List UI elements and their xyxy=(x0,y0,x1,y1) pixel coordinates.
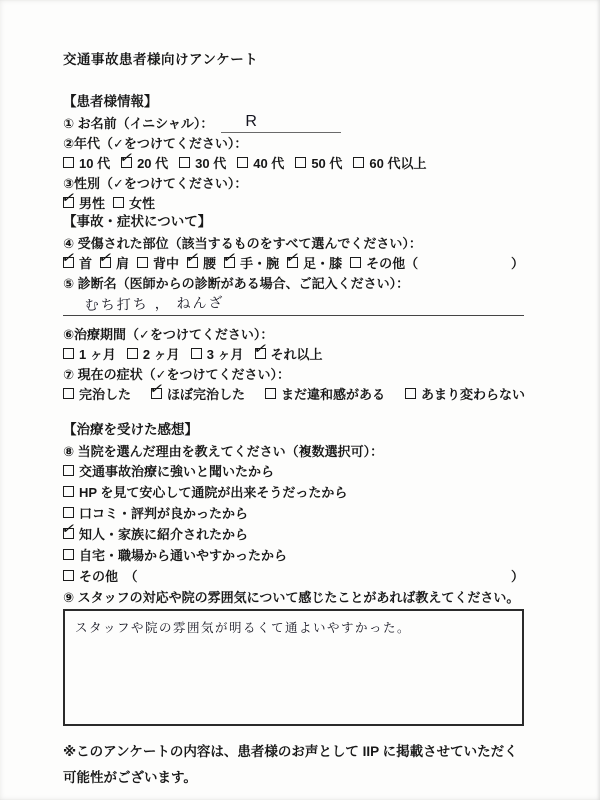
scanned-survey-page: 交通事故患者様向けアンケート 【患者様情報】 ① お名前（イニシャル）： R ②… xyxy=(0,0,600,800)
name-label: ① お名前（イニシャル）： xyxy=(63,113,213,132)
option-label: 30 代 xyxy=(195,153,226,172)
reason-option-row: 自宅・職場から通いやすかったから xyxy=(63,544,524,565)
checkbox-option[interactable]: 背中 xyxy=(137,253,179,272)
checkbox-icon[interactable] xyxy=(63,528,74,539)
reason-option-row: 交通事故治療に強いと聞いたから xyxy=(63,460,524,481)
checkbox-option[interactable]: 足・膝 xyxy=(287,253,342,272)
option-label: 自宅・職場から通いやすかったから xyxy=(79,545,287,564)
section-header-patient-info: 【患者様情報】 xyxy=(63,92,524,112)
checkbox-option[interactable]: あまり変わらない xyxy=(405,384,525,403)
option-label: 腰 xyxy=(203,253,216,272)
gender-options: 男性 女性 xyxy=(63,192,524,212)
option-label: 完治した xyxy=(79,384,131,403)
section-header-impressions: 【治療を受けた感想】 xyxy=(63,420,524,440)
handwritten-comment: スタッフや院の雰囲気が明るくて通よいやすかった。 xyxy=(75,621,411,635)
treatment-period-label: ⑥治療期間（✓をつけてください）： xyxy=(63,324,273,343)
checkbox-icon[interactable] xyxy=(63,157,74,168)
option-label: 女性 xyxy=(129,193,155,212)
handwritten-diagnosis: むち打ち ， ねんざ xyxy=(85,292,225,315)
checkbox-option[interactable]: 自宅・職場から通いやすかったから xyxy=(63,545,287,564)
option-label: 2 ヶ月 xyxy=(143,344,180,363)
option-label: 1 ヶ月 xyxy=(79,344,116,363)
injured-parts-options: 首 肩 背中 腰 手・腕 足・膝 その他（ ） xyxy=(63,252,524,272)
option-label: その他（ xyxy=(366,253,418,272)
checkbox-icon[interactable] xyxy=(224,257,235,268)
option-label: HP を見て安心して通院が出来そうだったから xyxy=(79,482,347,501)
question-reason: ⑧ 当院を選んだ理由を教えてください（複数選択可）： xyxy=(63,440,524,460)
current-symptoms-label: ⑦ 現在の症状（✓をつけてください）： xyxy=(63,364,290,383)
checkbox-icon[interactable] xyxy=(405,388,416,399)
checkbox-option[interactable]: 30 代 xyxy=(179,153,226,172)
option-label: 交通事故治療に強いと聞いたから xyxy=(79,461,274,480)
question-gender: ③性別（✓をつけてください）： xyxy=(63,172,524,192)
checkbox-option[interactable]: 腰 xyxy=(187,253,216,272)
option-label: 背中 xyxy=(153,253,179,272)
checkbox-option[interactable]: 2 ヶ月 xyxy=(127,344,180,363)
checkbox-option[interactable]: 1 ヶ月 xyxy=(63,344,116,363)
checkbox-icon[interactable] xyxy=(237,157,248,168)
diagnosis-label: ⑤ 診断名（医師からの診断がある場合、ご記入ください）： xyxy=(63,273,409,292)
checkbox-icon[interactable] xyxy=(113,197,124,208)
checkbox-icon[interactable] xyxy=(295,157,306,168)
reason-option-row: その他 （ ） xyxy=(63,565,524,586)
option-label: 3 ヶ月 xyxy=(207,344,244,363)
checkbox-icon[interactable] xyxy=(63,507,74,518)
checkbox-option[interactable]: その他 （ xyxy=(63,566,138,585)
checkbox-option[interactable]: 交通事故治療に強いと聞いたから xyxy=(63,461,274,480)
option-label: 男性 xyxy=(79,193,105,212)
option-label: 手・腕 xyxy=(240,253,279,272)
checkbox-option[interactable]: 首 xyxy=(63,253,92,272)
gender-label: ③性別（✓をつけてください）： xyxy=(63,173,247,192)
option-label: 首 xyxy=(79,253,92,272)
checkbox-icon[interactable] xyxy=(255,348,266,359)
option-label: 口コミ・評判が良かったから xyxy=(79,503,248,522)
checkbox-icon[interactable] xyxy=(350,257,361,268)
checkbox-icon[interactable] xyxy=(179,157,190,168)
checkbox-icon[interactable] xyxy=(187,257,198,268)
checkbox-option[interactable]: 女性 xyxy=(113,193,155,212)
checkbox-icon[interactable] xyxy=(265,388,276,399)
age-label: ②年代（✓をつけてください）： xyxy=(63,133,247,152)
question-staff-impression: ⑨ スタッフの対応や院の雰囲気について感じたことがあれば教えてください。 xyxy=(63,586,524,606)
checkbox-icon[interactable] xyxy=(63,348,74,359)
checkbox-option[interactable]: ほぼ完治した xyxy=(151,384,245,403)
staff-impression-label: ⑨ スタッフの対応や院の雰囲気について感じたことがあれば教えてください。 xyxy=(63,587,519,606)
option-label: ほぼ完治した xyxy=(167,384,245,403)
checkbox-option[interactable]: 手・腕 xyxy=(224,253,279,272)
question-treatment-period: ⑥治療期間（✓をつけてください）： xyxy=(63,323,524,343)
option-label: 肩 xyxy=(116,253,129,272)
option-label: まだ違和感がある xyxy=(281,384,385,403)
comment-input-box[interactable]: スタッフや院の雰囲気が明るくて通よいやすかった。 xyxy=(63,609,524,726)
checkbox-icon[interactable] xyxy=(63,549,74,560)
diagnosis-input-line[interactable]: むち打ち ， ねんざ xyxy=(63,292,524,316)
other-paren-close: ） xyxy=(511,566,524,585)
checkbox-icon[interactable] xyxy=(63,570,74,581)
checkbox-option[interactable]: 完治した xyxy=(63,384,131,403)
option-label: 40 代 xyxy=(253,153,284,172)
checkbox-icon[interactable] xyxy=(100,257,111,268)
spacer xyxy=(63,403,524,420)
checkbox-icon[interactable] xyxy=(191,348,202,359)
checkbox-option[interactable]: 男性 xyxy=(63,193,105,212)
checkbox-option[interactable]: 3 ヶ月 xyxy=(191,344,244,363)
question-name: ① お名前（イニシャル）： R xyxy=(63,112,524,132)
checkbox-option[interactable]: 40 代 xyxy=(237,153,284,172)
checkbox-option[interactable]: HP を見て安心して通院が出来そうだったから xyxy=(63,482,347,501)
checkbox-icon[interactable] xyxy=(137,257,148,268)
checkbox-icon[interactable] xyxy=(353,157,364,168)
question-diagnosis: ⑤ 診断名（医師からの診断がある場合、ご記入ください）： xyxy=(63,272,524,292)
checkbox-option[interactable]: 20 代 xyxy=(121,153,168,172)
checkbox-icon[interactable] xyxy=(121,157,132,168)
option-label: 50 代 xyxy=(311,153,342,172)
reason-label: ⑧ 当院を選んだ理由を教えてください（複数選択可）： xyxy=(63,441,383,460)
checkbox-option[interactable]: その他（ xyxy=(350,253,418,272)
name-input-line[interactable]: R xyxy=(221,112,341,133)
checkbox-icon[interactable] xyxy=(151,388,162,399)
checkbox-icon[interactable] xyxy=(63,197,74,208)
checkbox-option[interactable]: 10 代 xyxy=(63,153,110,172)
treatment-period-options: 1 ヶ月 2 ヶ月 3 ヶ月 それ以上 xyxy=(63,343,524,363)
other-paren-close: ） xyxy=(511,253,524,272)
checkbox-option[interactable]: 50 代 xyxy=(295,153,342,172)
checkbox-icon[interactable] xyxy=(127,348,138,359)
option-label: 知人・家族に紹介されたから xyxy=(79,524,248,543)
option-label: 20 代 xyxy=(137,153,168,172)
checkbox-option[interactable]: それ以上 xyxy=(255,344,323,363)
checkbox-option[interactable]: 口コミ・評判が良かったから xyxy=(63,503,248,522)
option-label: 10 代 xyxy=(79,153,110,172)
checkbox-option[interactable]: 知人・家族に紹介されたから xyxy=(63,524,248,543)
footer-disclaimer: ※このアンケートの内容は、患者様のお声として IIP に掲載させていただく可能性… xyxy=(63,739,524,791)
document-title: 交通事故患者様向けアンケート xyxy=(63,48,524,68)
option-label: 60 代以上 xyxy=(369,153,426,172)
option-label: あまり変わらない xyxy=(421,384,525,403)
checkbox-icon[interactable] xyxy=(287,257,298,268)
age-options: 10 代 20 代 30 代 40 代 50 代 60 代以上 xyxy=(63,152,524,172)
question-current-symptoms: ⑦ 現在の症状（✓をつけてください）： xyxy=(63,363,524,383)
injured-parts-label: ④ 受傷された部位（該当するものをすべて選んでください）： xyxy=(63,233,422,252)
option-label: その他 （ xyxy=(79,566,138,585)
section-header-accident: 【事故・症状について】 xyxy=(63,212,524,232)
checkbox-icon[interactable] xyxy=(63,486,74,497)
checkbox-option[interactable]: まだ違和感がある xyxy=(265,384,385,403)
reason-option-row: 知人・家族に紹介されたから xyxy=(63,523,524,544)
checkbox-icon[interactable] xyxy=(63,388,74,399)
option-label: それ以上 xyxy=(271,344,323,363)
reason-option-row: HP を見て安心して通院が出来そうだったから xyxy=(63,481,524,502)
reason-option-row: 口コミ・評判が良かったから xyxy=(63,502,524,523)
handwritten-initial: R xyxy=(245,113,259,130)
checkbox-option[interactable]: 肩 xyxy=(100,253,129,272)
checkbox-icon[interactable] xyxy=(63,465,74,476)
current-symptoms-options: 完治した ほぼ完治した まだ違和感がある あまり変わらない xyxy=(63,383,524,403)
option-label: 足・膝 xyxy=(303,253,342,272)
checkbox-option[interactable]: 60 代以上 xyxy=(353,153,426,172)
checkbox-icon[interactable] xyxy=(63,257,74,268)
